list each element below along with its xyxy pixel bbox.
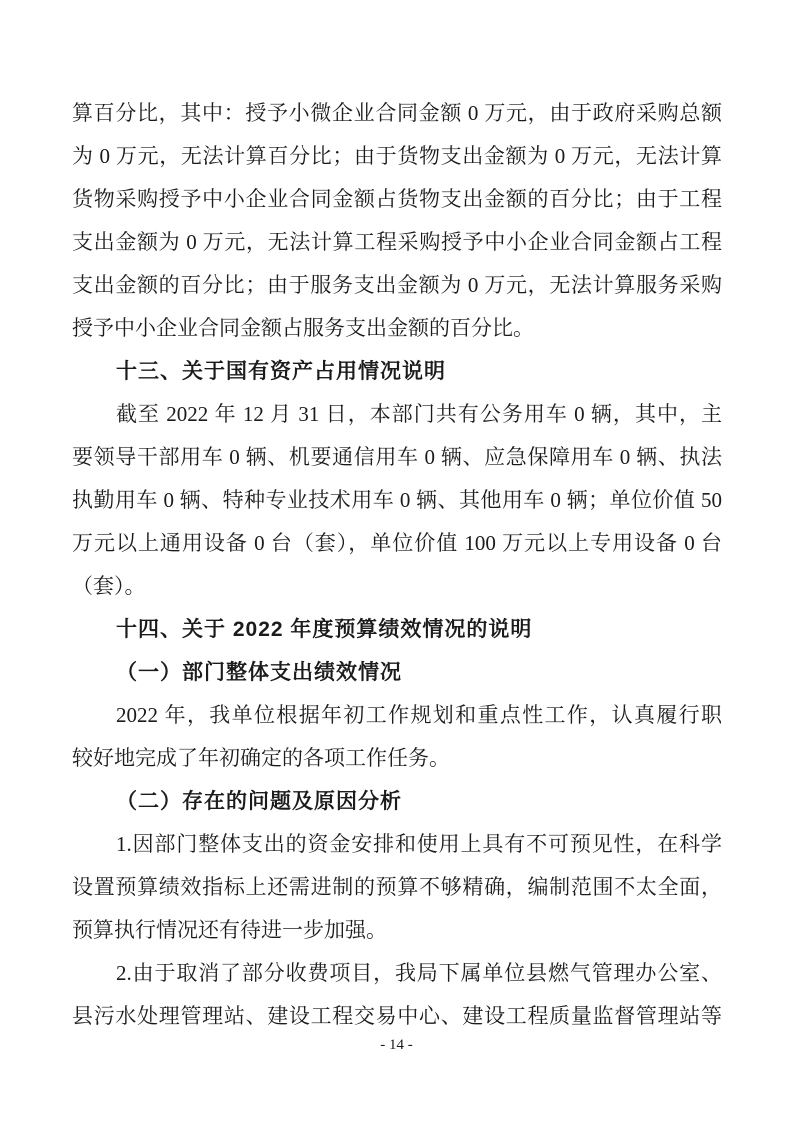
document-page: 算百分比，其中：授予小微企业合同金额 0 万元，由于政府采购总额 为 0 万元，…: [0, 0, 793, 1122]
body-line: 授予中小企业合同金额占服务支出金额的百分比。: [72, 307, 722, 350]
body-line: 预算执行情况还有待进一步加强。: [72, 909, 722, 952]
body-line: （套）。: [72, 565, 722, 608]
body-line: 1.因部门整体支出的资金安排和使用上具有不可预见性，在科学: [72, 823, 722, 866]
body-line: 较好地完成了年初确定的各项工作任务。: [72, 737, 722, 780]
body-line: 货物采购授予中小企业合同金额占货物支出金额的百分比；由于工程: [72, 178, 722, 221]
page-number: - 14 -: [0, 1034, 793, 1056]
body-line: 设置预算绩效指标上还需进制的预算不够精确，编制范围不太全面，: [72, 866, 722, 909]
body-line: 算百分比，其中：授予小微企业合同金额 0 万元，由于政府采购总额: [72, 92, 722, 135]
body-line: 为 0 万元，无法计算百分比；由于货物支出金额为 0 万元，无法计算: [72, 135, 722, 178]
body-line: 执勤用车 0 辆、特种专业技术用车 0 辆、其他用车 0 辆；单位价值 50: [72, 479, 722, 522]
body-line: 要领导干部用车 0 辆、机要通信用车 0 辆、应急保障用车 0 辆、执法: [72, 436, 722, 479]
document-body: 算百分比，其中：授予小微企业合同金额 0 万元，由于政府采购总额 为 0 万元，…: [72, 92, 722, 1038]
body-line: 支出金额为 0 万元，无法计算工程采购授予中小企业合同金额占工程: [72, 221, 722, 264]
heading-subsection-1: （一）部门整体支出绩效情况: [72, 651, 722, 694]
heading-section-14: 十四、关于 2022 年度预算绩效情况的说明: [72, 608, 722, 651]
body-line: 截至 2022 年 12 月 31 日，本部门共有公务用车 0 辆，其中，主: [72, 393, 722, 436]
body-line: 万元以上通用设备 0 台（套），单位价值 100 万元以上专用设备 0 台: [72, 522, 722, 565]
heading-subsection-2: （二）存在的问题及原因分析: [72, 780, 722, 823]
body-line: 2022 年，我单位根据年初工作规划和重点性工作，认真履行职责，: [72, 694, 722, 737]
body-line: 2.由于取消了部分收费项目，我局下属单位县燃气管理办公室、: [72, 952, 722, 995]
body-line: 支出金额的百分比；由于服务支出金额为 0 万元，无法计算服务采购: [72, 264, 722, 307]
body-line: 县污水处理管理站、建设工程交易中心、建设工程质量监督管理站等: [72, 995, 722, 1038]
heading-section-13: 十三、关于国有资产占用情况说明: [72, 350, 722, 393]
